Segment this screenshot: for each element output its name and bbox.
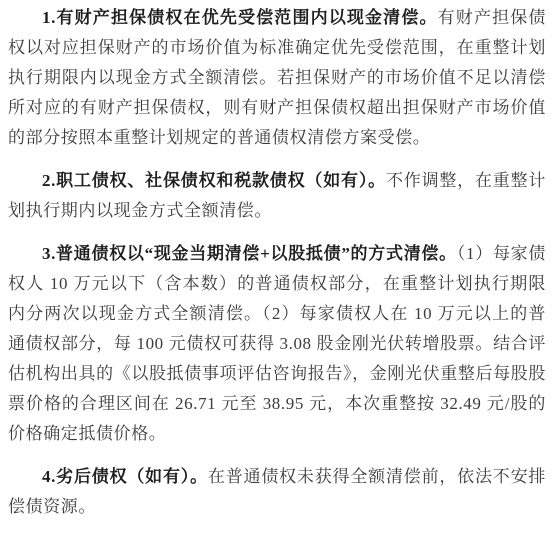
paragraph-secured-claims-heading: 1.有财产担保债权在优先受偿范围内以现金清偿。 — [42, 8, 438, 27]
paragraph-secured-claims: 1.有财产担保债权在优先受偿范围内以现金清偿。有财产担保债权以对应担保财产的市场… — [8, 3, 546, 153]
paragraph-subordinated-claims-heading: 4.劣后债权（如有）。 — [42, 467, 208, 486]
paragraph-subordinated-claims: 4.劣后债权（如有）。在普通债权未获得全额清偿前，依法不安排偿债资源。 — [8, 462, 546, 522]
paragraph-employee-social-tax-claims: 2.职工债权、社保债权和税款债权（如有）。不作调整，在重整计划执行期内以现金方式… — [8, 166, 546, 226]
paragraph-ordinary-claims-body: （1）每家债权人 10 万元以下（含本数）的普通债权部分，在重整计划执行期限内分… — [8, 244, 546, 443]
paragraph-ordinary-claims: 3.普通债权以“现金当期清偿+以股抵债”的方式清偿。（1）每家债权人 10 万元… — [8, 239, 546, 449]
document-page: 1.有财产担保债权在优先受偿范围内以现金清偿。有财产担保债权以对应担保财产的市场… — [0, 0, 554, 539]
paragraph-secured-claims-body: 有财产担保债权以对应担保财产的市场价值为标准确定优先受偿范围，在重整计划执行期限… — [8, 8, 546, 147]
paragraph-ordinary-claims-heading: 3.普通债权以“现金当期清偿+以股抵债”的方式清偿。 — [42, 244, 457, 263]
paragraph-employee-social-tax-claims-heading: 2.职工债权、社保债权和税款债权（如有）。 — [42, 171, 386, 190]
